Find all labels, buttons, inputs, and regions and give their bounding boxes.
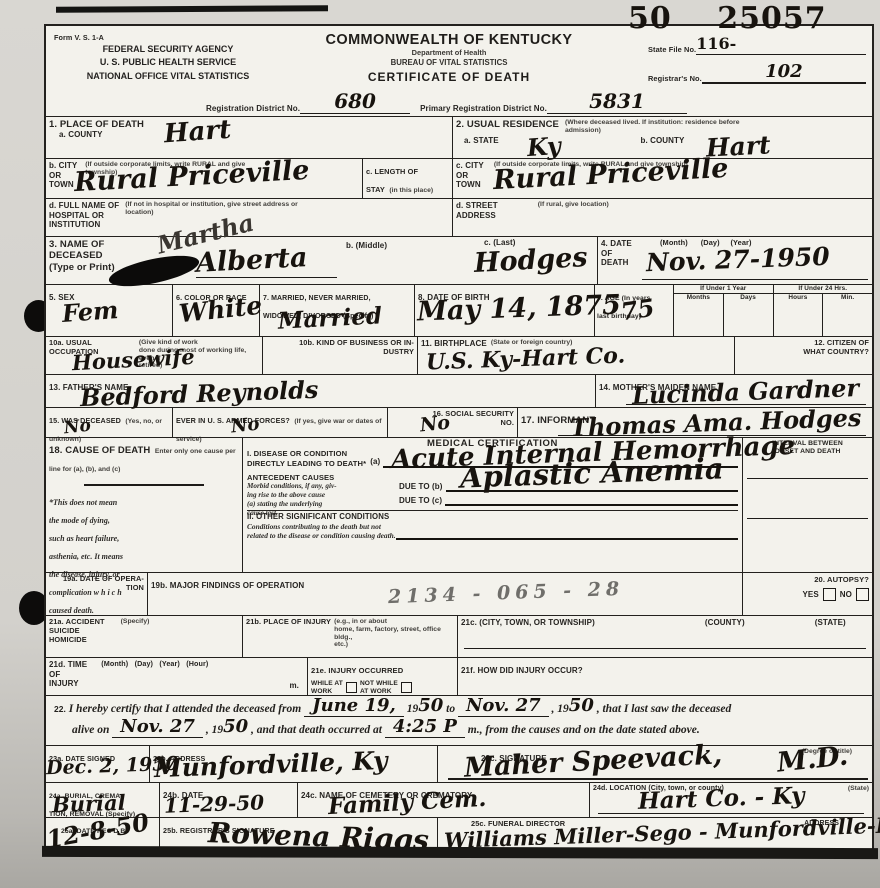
- field-occupation: 10a. USUAL OCCUPATION (Give kind of work…: [46, 336, 263, 374]
- accident-note: (Specify): [121, 618, 150, 645]
- accident-label: 21a. ACCIDENT SUICIDE HOMICIDE: [49, 618, 105, 645]
- date-operation-label: 19a. DATE OF OPERA- TION: [49, 575, 144, 593]
- field-was-deceased: 15. WAS DECEASED (Yes, no, or unknown) N…: [46, 407, 173, 437]
- age-months-label: Months: [674, 294, 724, 336]
- how-injury-label: 21f. HOW DID INJURY OCCUR?: [461, 666, 583, 675]
- row-cause-of-death: 18. CAUSE OF DEATH Enter only one cause …: [46, 437, 872, 572]
- field-physician-signature: 23c. SIGNATURE (Degree or title) Maher S…: [438, 745, 872, 782]
- row-burial: 24a. BURIAL, CREMA- TION, REMOVAL (Speci…: [46, 782, 872, 817]
- last-name-value: Hodges: [473, 246, 588, 276]
- medical-certification: MEDICAL CERTIFICATION I. DISEASE OR COND…: [243, 437, 743, 572]
- row-sex-age: 5. SEX Fem 6. COLOR OR RACE White 7. MAR…: [46, 284, 872, 336]
- physician-signature-value: Maher Speevack,: [464, 743, 723, 781]
- occupation-value: Housewife: [72, 348, 196, 373]
- street-address-label: d. STREET ADDRESS: [456, 201, 498, 220]
- agency-line: U. S. PUBLIC HEALTH SERVICE: [54, 56, 282, 70]
- dept-line: Department of Health: [284, 48, 614, 58]
- field-age: 9. AGE (In years last birthday) 75 If Un…: [595, 284, 872, 336]
- field-birthplace: 11. BIRTHPLACE (State or foreign country…: [418, 336, 735, 374]
- state-file-value: 116-: [696, 34, 736, 53]
- statement-text-2: , that I last saw the deceased: [597, 703, 732, 715]
- primary-district-value: 5831: [589, 89, 645, 113]
- row-name-dod: 3. NAME OF DECEASED (Type or Print) Mart…: [46, 236, 872, 284]
- was-deceased-value: No: [63, 419, 91, 437]
- age-min-label: Min.: [823, 294, 872, 336]
- field-autopsy: 20. AUTOPSY? YES NO: [743, 572, 872, 615]
- row-injury-2: 21d. TIME OF INJURY (Month) (Day) (Year)…: [46, 657, 872, 695]
- certificate-title: CERTIFICATE OF DEATH: [284, 68, 614, 87]
- autopsy-no-checkbox: [856, 588, 869, 601]
- field-informant: 17. INFORMANT Thomas Ama. Hodges: [518, 407, 872, 437]
- statement-to: to: [446, 703, 455, 715]
- autopsy-no-label: NO: [840, 590, 852, 600]
- stamp-serial-number: 25057: [717, 1, 826, 36]
- age-under-1yr-label: If Under 1 Year: [674, 285, 774, 293]
- physician-degree-value: M.D.: [776, 744, 849, 776]
- injury-city-label: 21c. (CITY, TOWN, OR TOWNSHIP): [461, 618, 595, 628]
- while-at-work-checkbox: [346, 682, 357, 693]
- name-of-deceased-label: 3. NAME OF DECEASED (Type or Print): [49, 239, 115, 273]
- field-physician-address: 23b. ADDRESS Munfordville, Ky: [150, 745, 438, 782]
- registrar-no-value: 102: [765, 61, 803, 82]
- field-father-name: 13. FATHER'S NAME Bedford Reynolds: [46, 374, 596, 407]
- attended-from-value: June 19,: [304, 695, 404, 717]
- field-date-signed: 23a. DATE SIGNED Dec. 2, 1950: [46, 745, 150, 782]
- autopsy-label: 20. AUTOPSY?: [746, 575, 869, 584]
- injury-location-rule: [464, 648, 866, 649]
- field-date-of-operation: 19a. DATE OF OPERA- TION: [46, 572, 148, 615]
- sex-value: Fem: [61, 299, 119, 324]
- form-header: Form V. S. 1-A FEDERAL SECURITY AGENCY U…: [46, 26, 872, 116]
- row-certify-statement: 22. I hereby certify that I attended the…: [46, 695, 872, 745]
- scan-artifact-bar: [42, 846, 878, 859]
- cemetery-value: Family Cem.: [328, 789, 487, 818]
- due-to-b-tag: DUE TO (b): [399, 482, 443, 492]
- city-town-death-value: Rural Priceville: [74, 159, 310, 196]
- other-conditions-note: Conditions contributing to the death but…: [247, 522, 396, 541]
- row-injury-1: 21a. ACCIDENT SUICIDE HOMICIDE (Specify)…: [46, 615, 872, 657]
- major-findings-label: 19b. MAJOR FINDINGS OF OPERATION: [151, 581, 304, 590]
- field-length-of-stay: c. LENGTH OF STAY (in this place): [363, 158, 453, 198]
- section-place-of-death: 1. PLACE OF DEATH a. COUNTY Hart: [46, 116, 453, 158]
- dod-rule: [642, 279, 868, 280]
- field-date-of-death: 4. DATE OF DEATH (Month) (Day) (Year) No…: [598, 236, 872, 284]
- place-injury-label: 21b. PLACE OF INJURY: [246, 618, 331, 649]
- field-armed-forces: EVER IN U. S. ARMED FORCES? (If yes, giv…: [173, 407, 388, 437]
- street-address-note: (If rural, give location): [538, 201, 609, 220]
- pencil-annotation: 2134 - 065 - 28: [388, 581, 625, 606]
- father-value: Bedford Reynolds: [80, 379, 319, 409]
- field-color-race: 6. COLOR OR RACE White: [173, 284, 260, 336]
- age-days-label: Days: [724, 294, 774, 336]
- autopsy-yes-label: YES: [802, 590, 818, 600]
- field-burial-location: 24d. LOCATION (City, town, or county) (S…: [590, 782, 872, 817]
- scan-artifact-streak: [56, 5, 328, 12]
- field-cemetery: 24c. NAME OF CEMETERY OR CREMATORY Famil…: [298, 782, 590, 817]
- field-injury-location: 21c. (CITY, TOWN, OR TOWNSHIP) (COUNTY) …: [458, 615, 872, 657]
- not-while-at-work-label: NOT WHILE AT WORK: [360, 680, 398, 696]
- row-operation: 19a. DATE OF OPERA- TION 19b. MAJOR FIND…: [46, 572, 872, 615]
- other-conditions-title: II. OTHER SIGNIFICANT CONDITIONS: [247, 512, 738, 521]
- file-number-stamp: 50 25057: [628, 4, 827, 34]
- row-registrar: 25a. DATE REC'D BY LOCAL REG. 12-8-50 25…: [46, 817, 872, 850]
- time-injury-columns: (Month) (Day) (Year) (Hour): [101, 660, 208, 689]
- attended-to-value: Nov. 27: [458, 695, 549, 717]
- statement-occurred-at: , and that death occurred at: [251, 724, 382, 736]
- state-value: Ky: [526, 134, 561, 159]
- certify-statement: 22. I hereby certify that I attended the…: [46, 695, 872, 745]
- due-to-c-tag: DUE TO (c): [399, 496, 442, 506]
- agency-line: FEDERAL SECURITY AGENCY: [54, 43, 282, 57]
- field-place-of-injury: 21b. PLACE OF INJURY (e.g., in or about …: [243, 615, 458, 657]
- attended-from-year: 50: [418, 695, 443, 716]
- state-label: a. STATE: [464, 136, 499, 159]
- burial-location-state-label: (State): [848, 785, 869, 793]
- certificate-paper: Form V. S. 1-A FEDERAL SECURITY AGENCY U…: [44, 24, 874, 852]
- field-date-of-birth: 8. DATE OF BIRTH May 14, 1875: [415, 284, 595, 336]
- field-time-of-injury: 21d. TIME OF INJURY (Month) (Day) (Year)…: [46, 657, 308, 695]
- field-marital-status: 7. MARRIED, NEVER MARRIED, WIDOWED, DIVO…: [260, 284, 415, 336]
- registration-district-label: Registration District No.: [206, 104, 300, 114]
- field-mother-name: 14. MOTHER'S MAIDEN NAME Lucinda Gardner: [596, 374, 872, 407]
- burial-date-value: 11-29-50: [164, 793, 265, 814]
- place-of-death-title: 1. PLACE OF DEATH: [49, 119, 449, 130]
- interval-rule-a: [747, 478, 868, 479]
- field-city-town-residence: c. CITY OR TOWN (If outside corporate li…: [453, 158, 872, 198]
- scanned-death-certificate: 50 25057 Form V. S. 1-A FEDERAL SECURITY…: [0, 0, 880, 888]
- injury-state-label: (STATE): [815, 618, 846, 628]
- field-city-town-death: b. CITY OR TOWN (If outside corporate li…: [46, 158, 363, 198]
- field-burial-date: 24b. DATE 11-29-50: [160, 782, 298, 817]
- primary-district-label: Primary Registration District No.: [420, 104, 547, 114]
- ssn-value: No: [419, 414, 451, 434]
- age-value: 75: [620, 297, 656, 323]
- age-hours-label: Hours: [774, 294, 824, 336]
- interval-rule-b: [747, 518, 868, 519]
- burial-location-value: Hart Co. - Ky: [638, 786, 805, 812]
- field-how-injury-occurred: 21f. HOW DID INJURY OCCUR?: [458, 657, 872, 695]
- form-number: Form V. S. 1-A: [54, 34, 282, 43]
- color-race-value: White: [178, 295, 263, 326]
- autopsy-yes-checkbox: [823, 588, 836, 601]
- mother-value: Lucinda Gardner: [632, 377, 860, 407]
- first-name-value: Alberta: [195, 246, 308, 276]
- field-injury-occurred: 21e. INJURY OCCURRED WHILE AT WORK NOT W…: [308, 657, 458, 695]
- dob-value: May 14, 1875: [417, 293, 622, 324]
- residence-city-label: c. CITY OR TOWN: [456, 161, 484, 190]
- sidebar-divider: [84, 484, 204, 486]
- statement-text-1: I hereby certify that I attended the dec…: [69, 703, 302, 715]
- statement-year-2: , 19: [552, 703, 569, 715]
- death-time-value: 4:25 P: [385, 716, 465, 738]
- row-parents: 13. FATHER'S NAME Bedford Reynolds 14. M…: [46, 374, 872, 407]
- citizen-label: 12. CITIZEN OF WHAT COUNTRY?: [738, 339, 869, 357]
- field-ssn: 16. SOCIAL SECURITY NO. No: [388, 407, 518, 437]
- while-at-work-label: WHILE AT WORK: [311, 680, 343, 696]
- disease-a-tag: (a): [370, 457, 380, 467]
- row-city-town: b. CITY OR TOWN (If outside corporate li…: [46, 158, 872, 198]
- alive-on-year: 50: [223, 716, 248, 737]
- disease-label: I. DISEASE OR CONDITION DIRECTLY LEADING…: [247, 449, 366, 467]
- middle-name-label: b. (Middle): [346, 241, 387, 251]
- industry-label: 10b. KIND OF BUSINESS OR IN- DUSTRY: [266, 339, 414, 357]
- row-physician: 23a. DATE SIGNED Dec. 2, 1950 23b. ADDRE…: [46, 745, 872, 782]
- alive-on-value: Nov. 27: [112, 716, 203, 738]
- cause-title: 18. CAUSE OF DEATH: [49, 445, 150, 456]
- stamp-batch-number: 50: [628, 1, 672, 36]
- statement-alive-on: alive on: [72, 724, 109, 736]
- state-file-label: State File No.: [648, 46, 696, 55]
- marital-value: Married: [278, 306, 383, 332]
- registration-district-value: 680: [334, 89, 376, 113]
- field-registrar-signature: 25b. REGISTRAR'S SIGNATURE Rowena Riggs: [160, 817, 438, 850]
- row-place-residence: 1. PLACE OF DEATH a. COUNTY Hart 2. USUA…: [46, 116, 872, 158]
- date-received-value: 12-8-50: [45, 811, 151, 850]
- time-injury-label: 21d. TIME OF INJURY: [49, 660, 87, 689]
- field-major-findings: 19b. MAJOR FINDINGS OF OPERATION 2134 - …: [148, 572, 743, 615]
- field-name-of-deceased: 3. NAME OF DECEASED (Type or Print) Mart…: [46, 236, 598, 284]
- agency-line: NATIONAL OFFICE VITAL STATISTICS: [54, 70, 282, 84]
- not-while-at-work-checkbox: [401, 682, 412, 693]
- registrar-no-label: Registrar's No.: [648, 75, 702, 84]
- time-injury-meridiem: m.: [289, 681, 299, 691]
- section-usual-residence: 2. USUAL RESIDENCE (Where deceased lived…: [453, 116, 872, 158]
- age-under-24hr-label: If Under 24 Hrs.: [774, 285, 873, 293]
- cause-of-death-sidebar: 18. CAUSE OF DEATH Enter only one cause …: [46, 437, 243, 572]
- field-industry: 10b. KIND OF BUSINESS OR IN- DUSTRY: [263, 336, 418, 374]
- armed-forces-value: No: [230, 417, 260, 436]
- field-street-address: d. STREET ADDRESS (If rural, give locati…: [453, 198, 872, 236]
- statement-number: 22.: [54, 704, 66, 714]
- length-of-stay-note: (in this place): [389, 187, 433, 194]
- commonwealth-title: COMMONWEALTH OF KENTUCKY: [284, 32, 614, 48]
- injury-county-label: (COUNTY): [705, 618, 745, 628]
- row-occupation: 10a. USUAL OCCUPATION (Give kind of work…: [46, 336, 872, 374]
- field-citizen: 12. CITIZEN OF WHAT COUNTRY?: [735, 336, 872, 374]
- due-to-b-value: Aplastic Anemia: [459, 455, 723, 490]
- injury-occurred-label: 21e. INJURY OCCURRED: [311, 666, 403, 675]
- field-sex: 5. SEX Fem: [46, 284, 173, 336]
- field-accident-suicide: 21a. ACCIDENT SUICIDE HOMICIDE (Specify): [46, 615, 243, 657]
- statement-year-3: , 19: [206, 724, 223, 736]
- physician-address-value: Munfordville, Ky: [154, 750, 388, 781]
- date-of-death-label: 4. DATE OF DEATH: [601, 239, 632, 268]
- county-value: Hart: [163, 119, 232, 147]
- bureau-line: BUREAU OF VITAL STATISTICS: [284, 58, 614, 68]
- statement-year-1: 19: [407, 703, 419, 715]
- ssn-label: 16. SOCIAL SECURITY NO.: [391, 410, 514, 428]
- attended-to-year: 50: [569, 695, 594, 716]
- county-label: a. COUNTY: [59, 130, 449, 140]
- statement-text-3: m., from the causes and on the date stat…: [468, 724, 700, 736]
- place-injury-note: (e.g., in or about home, farm, factory, …: [334, 618, 454, 649]
- date-of-death-value: Nov. 27-1950: [646, 246, 830, 275]
- birthplace-value: U.S. Ky-Hart Co.: [426, 347, 626, 374]
- field-funeral-director: 25c. FUNERAL DIRECTOR ADDRESS Williams M…: [438, 817, 872, 850]
- hospital-label: d. FULL NAME OF HOSPITAL OR INSTITUTION: [49, 201, 119, 230]
